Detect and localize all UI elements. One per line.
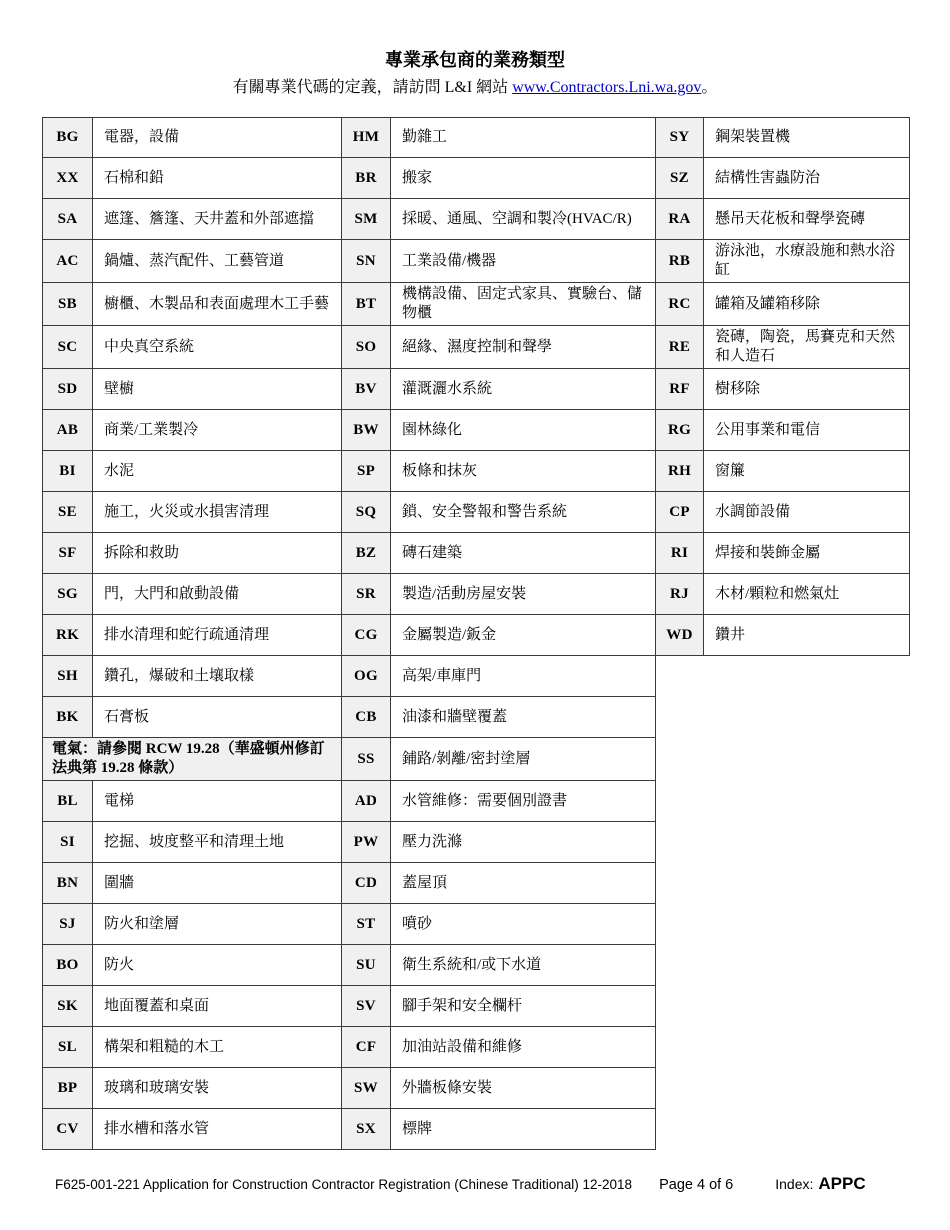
code-cell-BI: BI [42, 451, 93, 492]
code-cell-SI: SI [42, 822, 93, 863]
description-cell-BR: 搬家 [391, 158, 656, 199]
description-cell-SC: 中央真空系統 [93, 326, 342, 369]
code-cell-AC: AC [42, 240, 93, 283]
code-cell-SK: SK [42, 986, 93, 1027]
code-cell-SB: SB [42, 283, 93, 326]
code-cell-RC: RC [656, 283, 704, 326]
code-cell-WD: WD [656, 615, 704, 656]
description-cell-SD: 壁櫥 [93, 369, 342, 410]
description-cell-SF: 拆除和救助 [93, 533, 342, 574]
table-row: SH鑽孔，爆破和土壤取樣OG高架/車庫門 [42, 656, 910, 697]
table-row: SL構架和粗糙的木工CF加油站設備和維修 [42, 1027, 910, 1068]
code-cell-SC: SC [42, 326, 93, 369]
description-cell-AC: 鍋爐、蒸汽配件、工藝管道 [93, 240, 342, 283]
table-row: BP玻璃和玻璃安裝SW外牆板條安裝 [42, 1068, 910, 1109]
code-cell-SQ: SQ [342, 492, 391, 533]
description-cell-CF: 加油站設備和維修 [391, 1027, 656, 1068]
electrical-note-cell: 電氣：請參閱 RCW 19.28（華盛頓州修訂法典第 19.28 條款） [42, 738, 342, 781]
code-cell-CG: CG [342, 615, 391, 656]
contractors-website-link[interactable]: www.Contractors.Lni.wa.gov [512, 79, 701, 96]
code-cell-RI: RI [656, 533, 704, 574]
code-cell-BR: BR [342, 158, 391, 199]
table-row: AB商業/工業製冷BW園林綠化RG公用事業和電信 [42, 410, 910, 451]
description-cell-CV: 排水槽和落水管 [93, 1109, 342, 1150]
description-cell-BT: 機構設備、固定式家具、實驗台、儲物櫃 [391, 283, 656, 326]
code-cell-SU: SU [342, 945, 391, 986]
description-cell-RK: 排水清理和蛇行疏通清理 [93, 615, 342, 656]
code-cell-CP: CP [656, 492, 704, 533]
subtitle-text: 有關專業代碼的定義，請訪問 L&I 網站 [233, 79, 513, 96]
code-cell-SS: SS [342, 738, 391, 781]
table-row: SF拆除和救助BZ磚石建築RI焊接和裝飾金屬 [42, 533, 910, 574]
code-cell-RB: RB [656, 240, 704, 283]
description-cell-SN: 工業設備/機器 [391, 240, 656, 283]
description-cell-SM: 採暖、通風、空調和製冷(HVAC/R) [391, 199, 656, 240]
code-cell-RF: RF [656, 369, 704, 410]
code-cell-AD: AD [342, 781, 391, 822]
description-cell-CB: 油漆和牆壁覆蓋 [391, 697, 656, 738]
page-indicator: Page 4 of 6 [659, 1177, 733, 1193]
description-cell-SW: 外牆板條安裝 [391, 1068, 656, 1109]
description-cell-BL: 電梯 [93, 781, 342, 822]
page-header: 專業承包商的業務類型 有關專業代碼的定義，請訪問 L&I 網站 www.Cont… [0, 0, 950, 99]
table-row: BO防火SU衛生系統和/或下水道 [42, 945, 910, 986]
code-cell-BV: BV [342, 369, 391, 410]
code-cell-BN: BN [42, 863, 93, 904]
code-cell-BP: BP [42, 1068, 93, 1109]
description-cell-AB: 商業/工業製冷 [93, 410, 342, 451]
table-row: SB櫥櫃、木製品和表面處理木工手藝BT機構設備、固定式家具、實驗台、儲物櫃RC罐… [42, 283, 910, 326]
description-cell-SU: 衛生系統和/或下水道 [391, 945, 656, 986]
table-row: SG門，大門和啟動設備SR製造/活動房屋安裝RJ木材/顆粒和燃氣灶 [42, 574, 910, 615]
code-cell-SV: SV [342, 986, 391, 1027]
table-row: SA遮篷、簷篷、天井蓋和外部遮擋SM採暖、通風、空調和製冷(HVAC/R)RA懸… [42, 199, 910, 240]
code-cell-BO: BO [42, 945, 93, 986]
description-cell-BN: 圍牆 [93, 863, 342, 904]
code-cell-CF: CF [342, 1027, 391, 1068]
code-cell-AB: AB [42, 410, 93, 451]
description-cell-SO: 絕緣、濕度控制和聲學 [391, 326, 656, 369]
index-value: APPC [818, 1174, 865, 1194]
description-cell-HM: 勤雜工 [391, 117, 656, 158]
description-cell-BW: 園林綠化 [391, 410, 656, 451]
description-cell-SY: 鋼架裝置機 [704, 117, 910, 158]
table-row: SD壁櫥BV灌溉灑水系統RF樹移除 [42, 369, 910, 410]
description-cell-SP: 板條和抹灰 [391, 451, 656, 492]
description-cell-RI: 焊接和裝飾金屬 [704, 533, 910, 574]
description-cell-RF: 樹移除 [704, 369, 910, 410]
page-footer: F625-001-221 Application for Constructio… [55, 1174, 910, 1194]
page-title: 專業承包商的業務類型 [0, 48, 950, 72]
description-cell-SL: 構架和粗糙的木工 [93, 1027, 342, 1068]
code-cell-SD: SD [42, 369, 93, 410]
code-cell-SL: SL [42, 1027, 93, 1068]
form-number-text: F625-001-221 Application for Constructio… [55, 1177, 632, 1192]
code-cell-RG: RG [656, 410, 704, 451]
code-cell-RH: RH [656, 451, 704, 492]
subtitle: 有關專業代碼的定義，請訪問 L&I 網站 www.Contractors.Lni… [0, 77, 950, 99]
table-row: SE施工，火災或水損害清理SQ鎖、安全警報和警告系統CP水調節設備 [42, 492, 910, 533]
description-cell-BG: 電器，設備 [93, 117, 342, 158]
code-cell-OG: OG [342, 656, 391, 697]
code-cell-RA: RA [656, 199, 704, 240]
code-cell-SN: SN [342, 240, 391, 283]
description-cell-RA: 懸吊天花板和聲學瓷磚 [704, 199, 910, 240]
table-row: AC鍋爐、蒸汽配件、工藝管道SN工業設備/機器RB游泳池，水療設施和熱水浴缸 [42, 240, 910, 283]
code-cell-SM: SM [342, 199, 391, 240]
table-row: SK地面覆蓋和桌面SV腳手架和安全欄杆 [42, 986, 910, 1027]
code-cell-SO: SO [342, 326, 391, 369]
code-cell-SA: SA [42, 199, 93, 240]
description-cell-ST: 噴砂 [391, 904, 656, 945]
specialty-codes-table: BG電器，設備HM勤雜工SY鋼架裝置機XX石棉和鉛BR搬家SZ結構性害蟲防治SA… [42, 117, 910, 1150]
description-cell-SQ: 鎖、安全警報和警告系統 [391, 492, 656, 533]
code-cell-ST: ST [342, 904, 391, 945]
description-cell-RJ: 木材/顆粒和燃氣灶 [704, 574, 910, 615]
description-cell-SH: 鑽孔，爆破和土壤取樣 [93, 656, 342, 697]
code-cell-SP: SP [342, 451, 391, 492]
code-cell-SX: SX [342, 1109, 391, 1150]
description-cell-AD: 水管維修：需要個別證書 [391, 781, 656, 822]
code-cell-SJ: SJ [42, 904, 93, 945]
code-cell-SY: SY [656, 117, 704, 158]
code-cell-RJ: RJ [656, 574, 704, 615]
description-cell-SZ: 結構性害蟲防治 [704, 158, 910, 199]
code-cell-PW: PW [342, 822, 391, 863]
code-cell-BT: BT [342, 283, 391, 326]
description-cell-PW: 壓力洗滌 [391, 822, 656, 863]
description-cell-RH: 窗簾 [704, 451, 910, 492]
code-cell-BG: BG [42, 117, 93, 158]
code-cell-XX: XX [42, 158, 93, 199]
code-cell-BW: BW [342, 410, 391, 451]
description-cell-SK: 地面覆蓋和桌面 [93, 986, 342, 1027]
description-cell-BI: 水泥 [93, 451, 342, 492]
subtitle-period: 。 [701, 79, 717, 96]
table-row: CV排水槽和落水管SX標牌 [42, 1109, 910, 1150]
code-cell-SW: SW [342, 1068, 391, 1109]
table-row: 電氣：請參閱 RCW 19.28（華盛頓州修訂法典第 19.28 條款）SS鋪路… [42, 738, 910, 781]
description-cell-SV: 腳手架和安全欄杆 [391, 986, 656, 1027]
description-cell-RC: 罐箱及罐箱移除 [704, 283, 910, 326]
description-cell-BP: 玻璃和玻璃安裝 [93, 1068, 342, 1109]
code-cell-BK: BK [42, 697, 93, 738]
description-cell-SG: 門，大門和啟動設備 [93, 574, 342, 615]
description-cell-RG: 公用事業和電信 [704, 410, 910, 451]
description-cell-CD: 蓋屋頂 [391, 863, 656, 904]
description-cell-CG: 金屬製造/鈑金 [391, 615, 656, 656]
code-cell-CB: CB [342, 697, 391, 738]
code-cell-BL: BL [42, 781, 93, 822]
description-cell-XX: 石棉和鉛 [93, 158, 342, 199]
table-row: BI水泥SP板條和抹灰RH窗簾 [42, 451, 910, 492]
table-row: BL電梯AD水管維修：需要個別證書 [42, 781, 910, 822]
table-row: SC中央真空系統SO絕緣、濕度控制和聲學RE瓷磚，陶瓷，馬賽克和天然和人造石 [42, 326, 910, 369]
code-cell-SG: SG [42, 574, 93, 615]
table-row: SI挖掘、坡度整平和清理土地PW壓力洗滌 [42, 822, 910, 863]
code-cell-SH: SH [42, 656, 93, 697]
description-cell-RB: 游泳池，水療設施和熱水浴缸 [704, 240, 910, 283]
code-cell-CV: CV [42, 1109, 93, 1150]
description-cell-SX: 標牌 [391, 1109, 656, 1150]
table-row: RK排水清理和蛇行疏通清理CG金屬製造/鈑金WD鑽井 [42, 615, 910, 656]
description-cell-RE: 瓷磚，陶瓷，馬賽克和天然和人造石 [704, 326, 910, 369]
description-cell-BV: 灌溉灑水系統 [391, 369, 656, 410]
description-cell-SA: 遮篷、簷篷、天井蓋和外部遮擋 [93, 199, 342, 240]
code-cell-SE: SE [42, 492, 93, 533]
code-cell-RK: RK [42, 615, 93, 656]
table-row: BN圍牆CD蓋屋頂 [42, 863, 910, 904]
description-cell-SJ: 防火和塗層 [93, 904, 342, 945]
description-cell-SR: 製造/活動房屋安裝 [391, 574, 656, 615]
description-cell-CP: 水調節設備 [704, 492, 910, 533]
table-row: XX石棉和鉛BR搬家SZ結構性害蟲防治 [42, 158, 910, 199]
description-cell-WD: 鑽井 [704, 615, 910, 656]
description-cell-SB: 櫥櫃、木製品和表面處理木工手藝 [93, 283, 342, 326]
code-cell-SF: SF [42, 533, 93, 574]
code-cell-SR: SR [342, 574, 391, 615]
table-row: BK石膏板CB油漆和牆壁覆蓋 [42, 697, 910, 738]
code-cell-BZ: BZ [342, 533, 391, 574]
description-cell-SS: 鋪路/剝離/密封塗層 [391, 738, 656, 781]
code-cell-HM: HM [342, 117, 391, 158]
description-cell-SE: 施工，火災或水損害清理 [93, 492, 342, 533]
description-cell-BZ: 磚石建築 [391, 533, 656, 574]
description-cell-BO: 防火 [93, 945, 342, 986]
table-row: BG電器，設備HM勤雜工SY鋼架裝置機 [42, 117, 910, 158]
code-cell-CD: CD [342, 863, 391, 904]
index-label: Index: [775, 1176, 813, 1192]
table-row: SJ防火和塗層ST噴砂 [42, 904, 910, 945]
code-cell-RE: RE [656, 326, 704, 369]
description-cell-BK: 石膏板 [93, 697, 342, 738]
document-page: 專業承包商的業務類型 有關專業代碼的定義，請訪問 L&I 網站 www.Cont… [0, 0, 950, 1230]
description-cell-OG: 高架/車庫門 [391, 656, 656, 697]
description-cell-SI: 挖掘、坡度整平和清理土地 [93, 822, 342, 863]
code-cell-SZ: SZ [656, 158, 704, 199]
